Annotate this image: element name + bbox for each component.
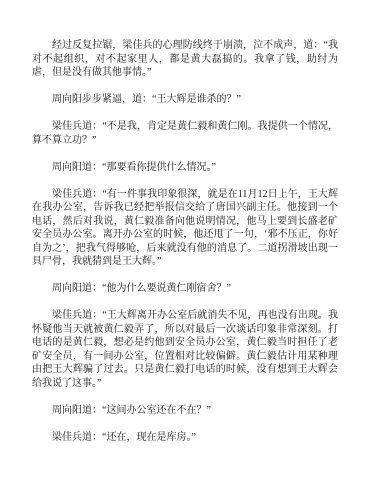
paragraph: 梁佳兵道：“有一件事我印象很深，就是在11月12日上午，王大辉在我办公室，告诉我… bbox=[32, 188, 338, 269]
paragraph: 梁佳兵道：“不是我，肯定是黄仁毅和黄仁刚。我提供一个情况，算不算立功？” bbox=[32, 120, 338, 147]
paragraph: 经过反复拉锯，梁佳兵的心理防线终于崩溃，泣不成声，道：“我对不起组织，对不起家里… bbox=[32, 39, 338, 80]
paragraph: 周向阳道：“这间办公室还在不在？” bbox=[32, 404, 338, 418]
document-page: 经过反复拉锯，梁佳兵的心理防线终于崩溃，泣不成声，道：“我对不起组织，对不起家里… bbox=[0, 0, 370, 480]
paragraph: 梁佳兵道：“还在，现在是库房。” bbox=[32, 431, 338, 445]
paragraph: 周向阳道：“那要看你提供什么情况。” bbox=[32, 161, 338, 175]
body-text: 经过反复拉锯，梁佳兵的心理防线终于崩溃，泣不成声，道：“我对不起组织，对不起家里… bbox=[32, 39, 338, 444]
paragraph: 梁佳兵道：“王大辉离开办公室后就消失不见，再也没有出现。我怀疑他当天就被黄仁毅弄… bbox=[32, 309, 338, 390]
paragraph: 周向阳道：“他为什么要说黄仁刚宿舍？” bbox=[32, 282, 338, 296]
paragraph: 周向阳步步紧逼，道：“王大辉是谁杀的？” bbox=[32, 93, 338, 107]
